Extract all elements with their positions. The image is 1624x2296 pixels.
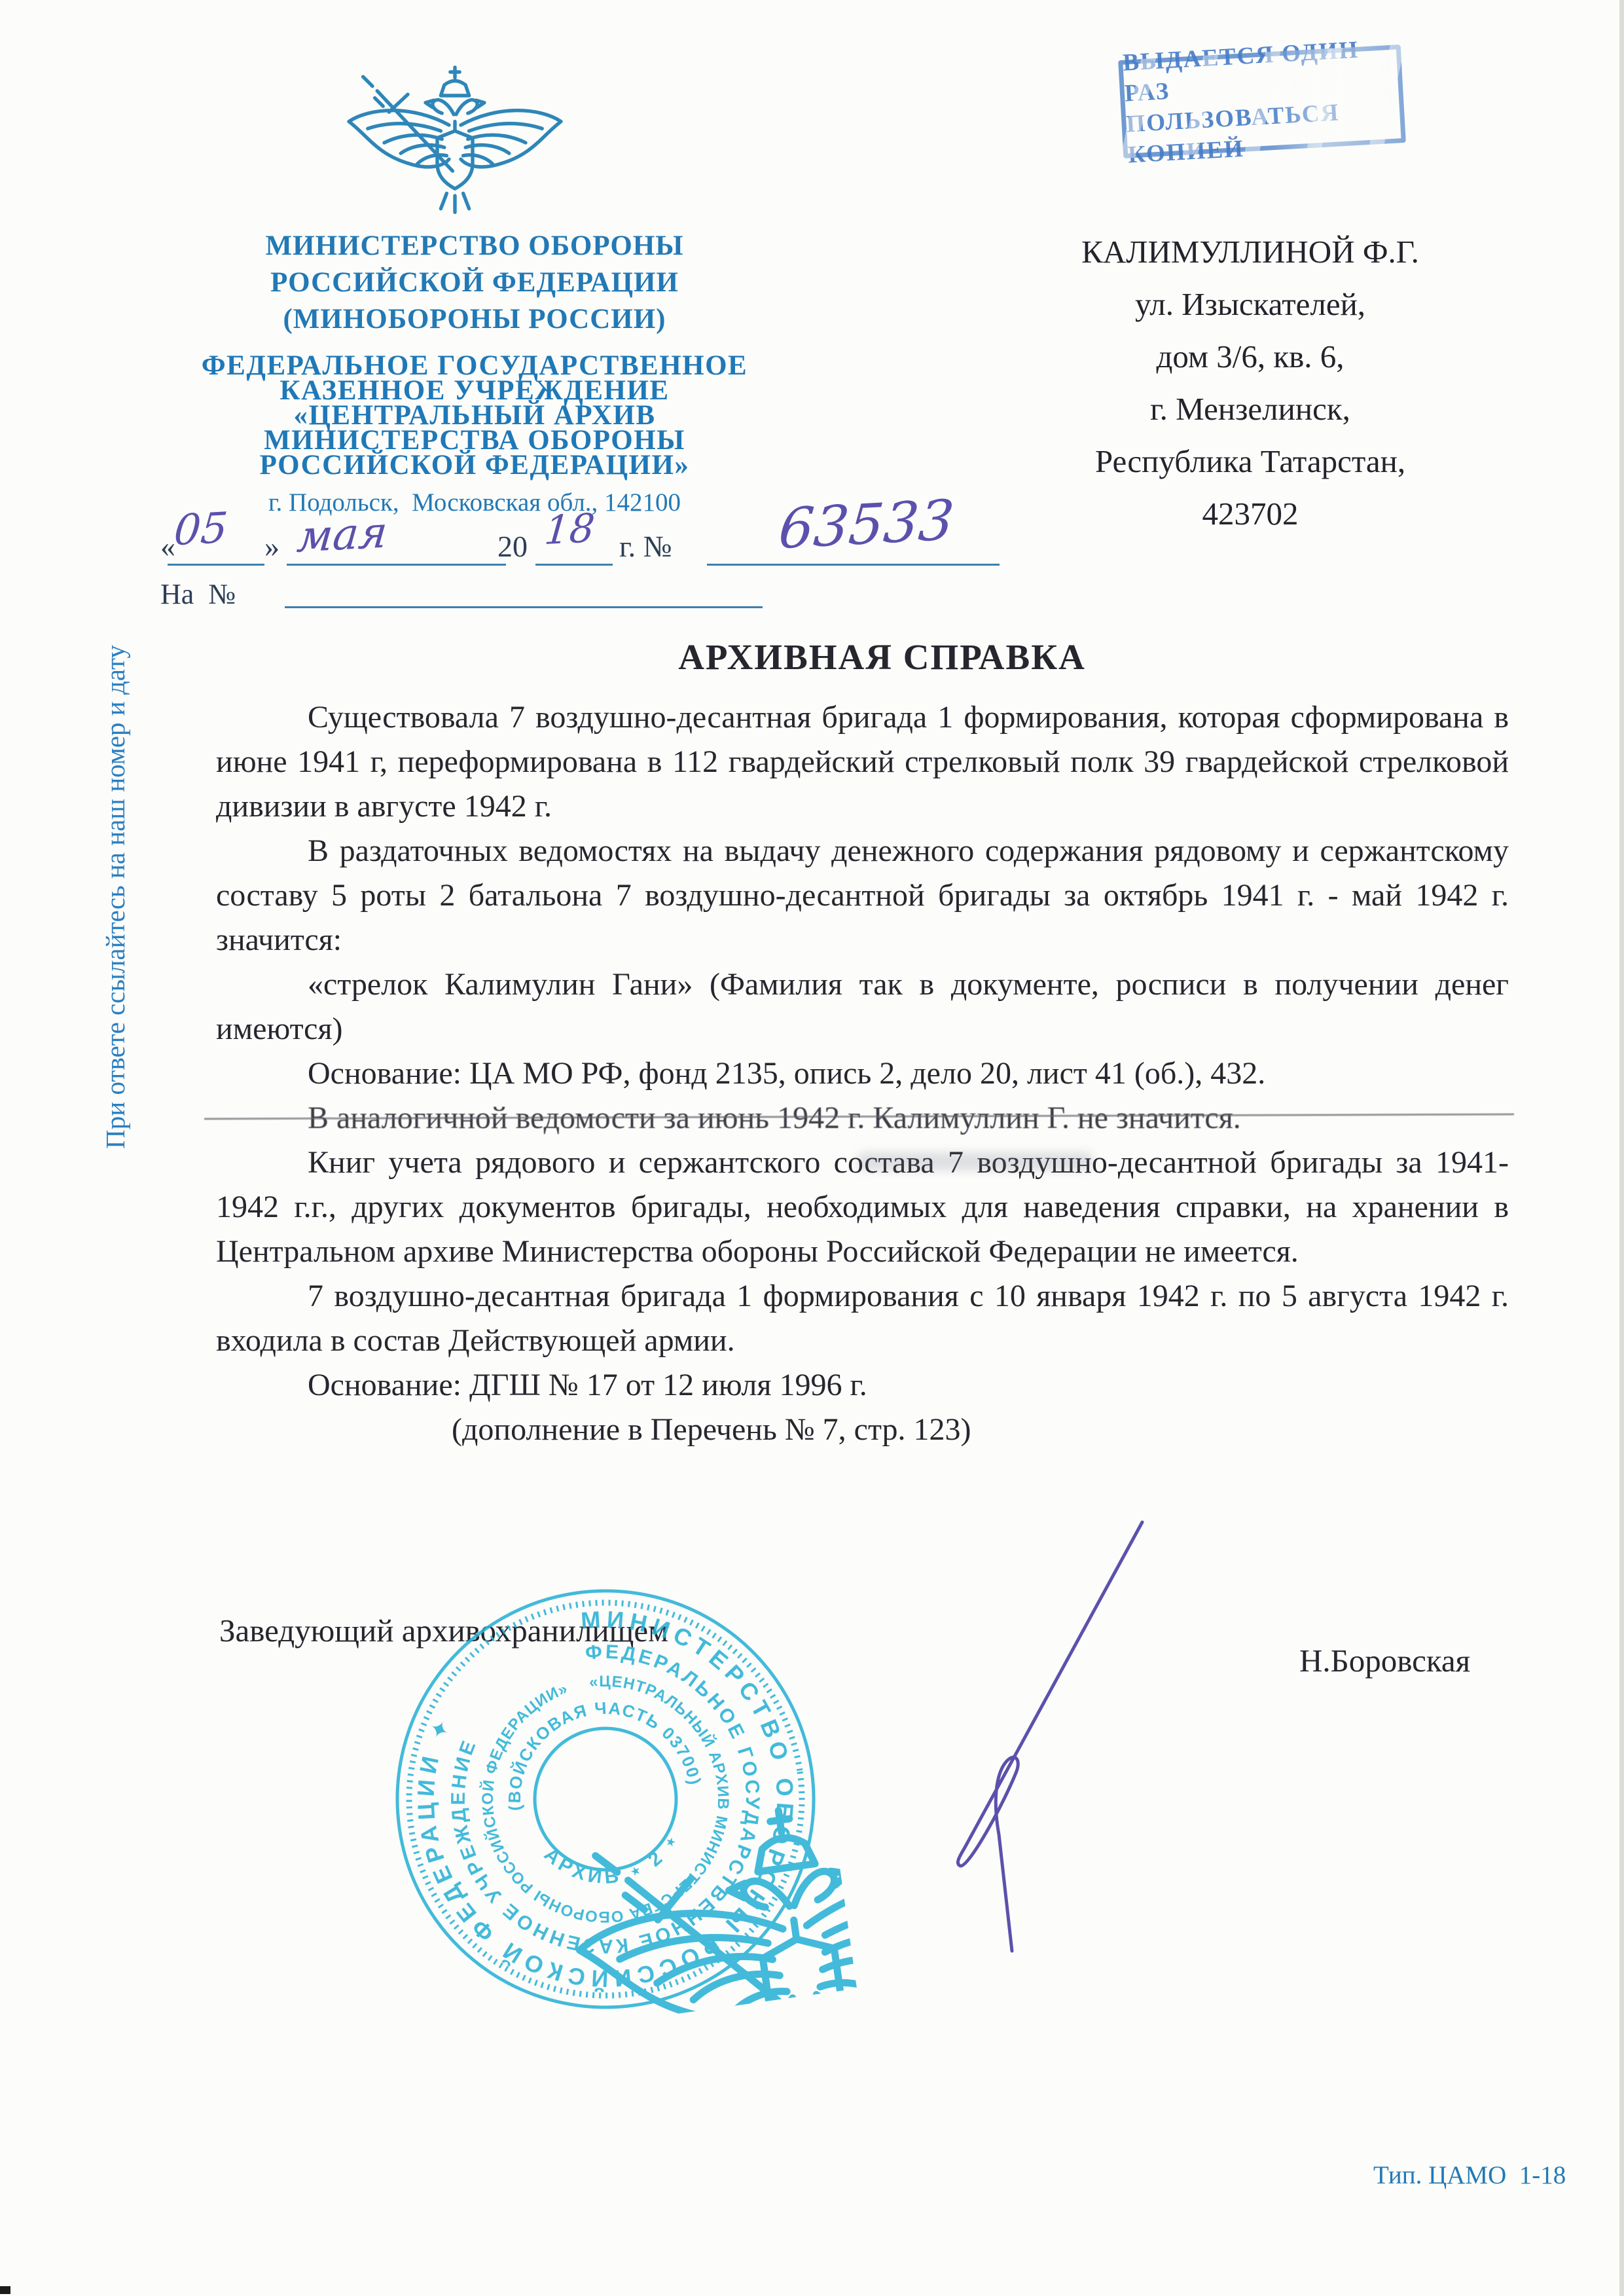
round-archive-seal: МИНИСТЕРСТВО ОБОРОНЫ РОССИЙСКОЙ ФЕДЕРАЦИ…	[354, 1548, 857, 2050]
letterhead-ministry: МИНИСТЕРСТВО ОБОРОНЫ РОССИЙСКОЙ ФЕДЕРАЦИ…	[167, 228, 782, 338]
number-label: г. №	[619, 529, 672, 564]
recipient-house: дом 3/6, кв. 6,	[998, 331, 1502, 383]
handwritten-day: 05	[172, 504, 230, 556]
document-body: Существовала 7 воздушно-десантная бригад…	[216, 695, 1509, 1452]
recipient-address: КАЛИМУЛЛИНОЙ Ф.Г. ул. Изыскателей, дом 3…	[998, 226, 1502, 540]
signer-name: Н.Боровская	[1299, 1642, 1470, 1679]
body-paragraph-struck-out: В аналогичной ведомости за июнь 1942 г. …	[216, 1096, 1509, 1140]
body-paragraph: В раздаточных ведомостях на выдачу денеж…	[216, 829, 1509, 962]
handwritten-number: 63533	[776, 488, 956, 562]
month-underline	[287, 564, 506, 566]
document-title: АРХИВНАЯ СПРАВКА	[236, 636, 1528, 678]
body-paragraph-basis: Основание: ДГШ № 17 от 12 июля 1996 г.	[216, 1363, 1509, 1408]
letterhead-postal-address: г. Подольск, Московская обл., 142100	[167, 488, 782, 517]
body-paragraph: Существовала 7 воздушно-десантная бригад…	[216, 695, 1509, 829]
reply-reference-line: На №	[160, 577, 815, 617]
recipient-region: Республика Татарстан,	[998, 435, 1502, 488]
scan-edge	[1619, 0, 1624, 2296]
handwritten-year: 18	[543, 505, 596, 554]
body-paragraph: «стрелок Калимулин Гани» (Фамилия так в …	[216, 962, 1509, 1051]
close-quote: »	[264, 529, 280, 564]
letterhead-line: РОССИЙСКОЙ ФЕДЕРАЦИИ	[167, 264, 782, 301]
recipient-street: ул. Изыскателей,	[998, 278, 1502, 331]
margin-note: При ответе ссылайтесь на наш номер и дат…	[99, 619, 131, 1175]
day-underline	[168, 564, 264, 566]
ministry-eagle-emblem-icon	[337, 60, 573, 225]
body-paragraph-basis: Основание: ЦА МО РФ, фонд 2135, опись 2,…	[216, 1051, 1509, 1096]
body-paragraph-addendum: (дополнение в Перечень № 7, стр. 123)	[216, 1408, 1509, 1452]
letterhead-institution: ФЕДЕРАЛЬНОЕ ГОСУДАРСТВЕННОЕ КАЗЕННОЕ УЧР…	[147, 354, 802, 478]
recipient-city: г. Мензелинск,	[998, 383, 1502, 435]
recipient-name: КАЛИМУЛЛИНОЙ Ф.Г.	[998, 226, 1502, 278]
scan-speck	[0, 2286, 10, 2294]
date-number-line: « 05 » мая 20 18 г. № 63533	[157, 524, 1008, 576]
correction-smudge	[857, 1152, 1093, 1171]
year-century: 20	[497, 529, 528, 564]
number-underline	[707, 564, 1000, 566]
seal-bottom-text: АРХИВ ⋆ 2 ⋆	[538, 1825, 691, 1897]
year-underline	[535, 564, 613, 566]
recipient-postcode: 423702	[998, 488, 1502, 540]
print-shop-mark: Тип. ЦАМО 1-18	[1373, 2160, 1566, 2190]
svg-text:АРХИВ ⋆ 2 ⋆: АРХИВ ⋆ 2 ⋆	[538, 1825, 691, 1897]
issued-once-stamp: ВЫДАЕТСЯ ОДИН РАЗ ПОЛЬЗОВАТЬСЯ КОПИЕЙ	[1118, 45, 1406, 158]
letterhead-line: (МИНОБОРОНЫ РОССИИ)	[167, 301, 782, 338]
letterhead-line: РОССИЙСКОЙ ФЕДЕРАЦИИ»	[147, 453, 802, 478]
reply-reference-label: На №	[160, 577, 236, 611]
letterhead-line: МИНИСТЕРСТВО ОБОРОНЫ	[167, 228, 782, 264]
body-paragraph: 7 воздушно-десантная бригада 1 формирова…	[216, 1274, 1509, 1363]
archival-certificate-page: ВЫДАЕТСЯ ОДИН РАЗ ПОЛЬЗОВАТЬСЯ КОПИЕЙ МИ…	[0, 0, 1624, 2296]
handwritten-signature	[903, 1493, 1178, 1977]
handwritten-month: мая	[295, 507, 389, 562]
reply-reference-underline	[285, 606, 763, 608]
